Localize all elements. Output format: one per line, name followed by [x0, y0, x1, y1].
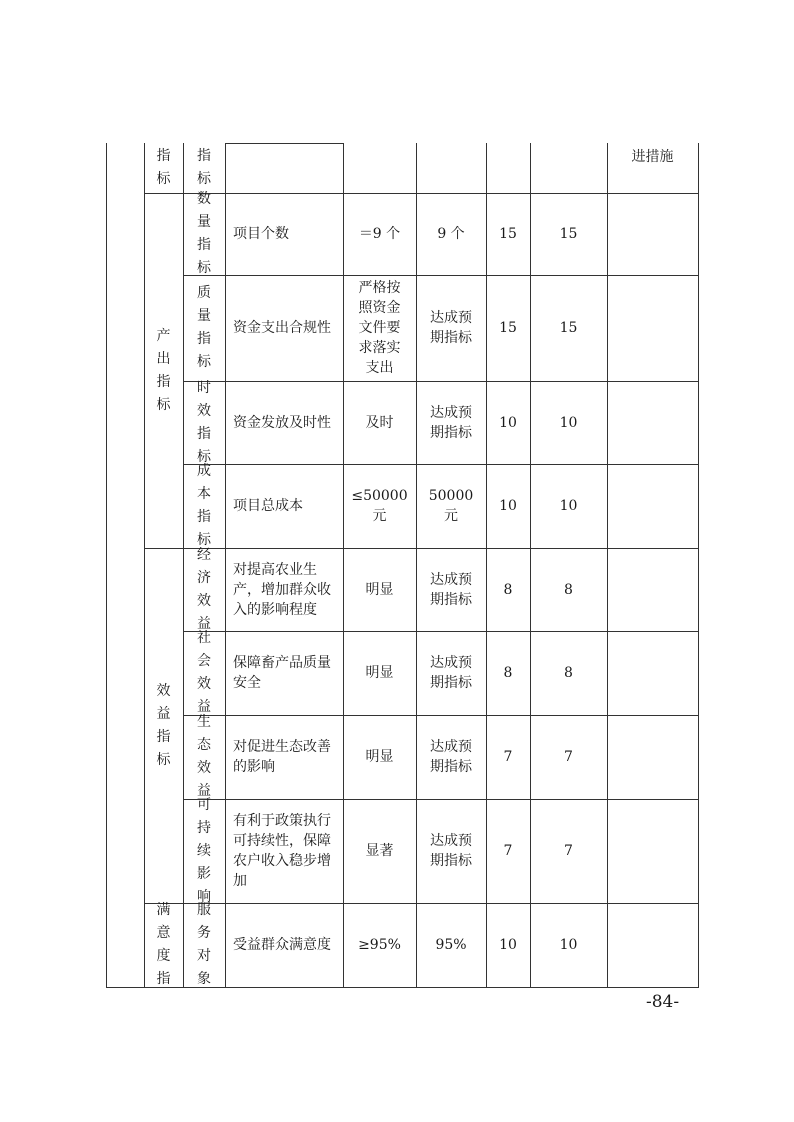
group-label-cell: 满意度指 — [144, 903, 183, 987]
weight-cell: 7 — [486, 799, 530, 903]
target-value-cell: ＝9 个 — [343, 193, 416, 275]
document-page: 指标指标进措施产出指标数量指标项目个数＝9 个9 个1515质量指标资金支出合规… — [0, 0, 794, 1122]
score-cell: 7 — [530, 715, 607, 799]
sub-category-cell: 成本指标 — [183, 464, 225, 548]
vertical-char: 标 — [157, 168, 171, 191]
vertical-char: 服 — [197, 899, 211, 922]
target-value-cell: 明显 — [343, 548, 416, 631]
score-cell: 10 — [530, 903, 607, 987]
vertical-char: 指 — [197, 506, 211, 529]
remark-cell — [607, 275, 698, 381]
table-row-rule — [106, 987, 699, 988]
vertical-char: 数 — [197, 188, 211, 211]
vertical-char: 益 — [157, 703, 171, 726]
score-cell: 15 — [530, 275, 607, 381]
table-row-rule — [225, 143, 343, 144]
actual-value-cell: 95% — [416, 903, 486, 987]
vertical-char: 务 — [197, 922, 211, 945]
vertical-char: 质 — [197, 282, 211, 305]
sub-category-cell: 生态效益 — [183, 715, 225, 799]
vertical-char: 指 — [197, 145, 211, 168]
target-value-cell: 及时 — [343, 381, 416, 464]
vertical-char: 指 — [197, 234, 211, 257]
vertical-char: 满 — [157, 899, 171, 922]
indicator-name-cell: 资金发放及时性 — [225, 381, 343, 464]
vertical-char: 效 — [157, 680, 171, 703]
weight-cell: 7 — [486, 715, 530, 799]
weight-cell: 10 — [486, 464, 530, 548]
indicator-name-cell: 项目个数 — [225, 193, 343, 275]
vertical-char: 效 — [197, 757, 211, 780]
actual-value-cell: 达成预 期指标 — [416, 275, 486, 381]
vertical-char: 续 — [197, 840, 211, 863]
vertical-char: 可 — [197, 794, 211, 817]
sub-category-cell: 社会效益 — [183, 631, 225, 715]
sub-category-cell: 时效指标 — [183, 381, 225, 464]
score-cell: 10 — [530, 464, 607, 548]
header-category-cell: 指标 — [144, 143, 183, 193]
remark-cell — [607, 193, 698, 275]
actual-value-cell: 达成预 期指标 — [416, 381, 486, 464]
weight-cell: 15 — [486, 275, 530, 381]
vertical-char: 标 — [157, 394, 171, 417]
group-label-cell: 产出指标 — [144, 193, 183, 548]
remark-cell — [607, 715, 698, 799]
remark-cell — [607, 548, 698, 631]
target-value-cell: 显著 — [343, 799, 416, 903]
actual-value-cell: 50000 元 — [416, 464, 486, 548]
vertical-char: 出 — [157, 348, 171, 371]
vertical-char: 指 — [157, 371, 171, 394]
remark-cell — [607, 464, 698, 548]
table-column-rule — [698, 143, 699, 988]
vertical-char: 指 — [197, 328, 211, 351]
sub-category-cell: 质量指标 — [183, 275, 225, 381]
target-value-cell: 明显 — [343, 631, 416, 715]
vertical-char: 象 — [197, 968, 211, 991]
vertical-char: 社 — [197, 627, 211, 650]
indicator-name-cell: 有利于政策执行 可持续性，保障 农户收入稳步增 加 — [225, 799, 343, 903]
vertical-char: 本 — [197, 483, 211, 506]
vertical-char: 标 — [197, 351, 211, 374]
actual-value-cell: 达成预 期指标 — [416, 715, 486, 799]
score-cell: 8 — [530, 548, 607, 631]
indicator-name-cell: 资金支出合规性 — [225, 275, 343, 381]
header-subcategory-cell: 指标 — [183, 143, 225, 193]
weight-cell: 10 — [486, 381, 530, 464]
vertical-char: 指 — [157, 726, 171, 749]
sub-category-cell: 数量指标 — [183, 193, 225, 275]
weight-cell: 15 — [486, 193, 530, 275]
indicator-name-cell: 对促进生态改善 的影响 — [225, 715, 343, 799]
vertical-char: 指 — [157, 145, 171, 168]
score-cell: 15 — [530, 193, 607, 275]
actual-value-cell: 达成预 期指标 — [416, 799, 486, 903]
vertical-char: 经 — [197, 544, 211, 567]
vertical-char: 对 — [197, 945, 211, 968]
target-value-cell: ≥95% — [343, 903, 416, 987]
actual-value-cell: 达成预 期指标 — [416, 631, 486, 715]
indicator-name-cell: 受益群众满意度 — [225, 903, 343, 987]
weight-cell: 10 — [486, 903, 530, 987]
remark-cell — [607, 631, 698, 715]
score-cell: 8 — [530, 631, 607, 715]
vertical-char: 济 — [197, 567, 211, 590]
target-value-cell: 明显 — [343, 715, 416, 799]
vertical-char: 效 — [197, 673, 211, 696]
actual-value-cell: 9 个 — [416, 193, 486, 275]
vertical-char: 量 — [197, 305, 211, 328]
weight-cell: 8 — [486, 631, 530, 715]
vertical-char: 持 — [197, 817, 211, 840]
page-number: -84- — [646, 992, 679, 1012]
indicator-name-cell: 保障畜产品质量 安全 — [225, 631, 343, 715]
actual-value-cell: 达成预 期指标 — [416, 548, 486, 631]
sub-category-cell: 经济效益 — [183, 548, 225, 631]
vertical-char: 时 — [197, 377, 211, 400]
target-value-cell: 严格按 照资金 文件要 求落实 支出 — [343, 275, 416, 381]
sub-category-cell: 服务对象 — [183, 903, 225, 987]
remark-cell — [607, 903, 698, 987]
remark-cell — [607, 381, 698, 464]
vertical-char: 量 — [197, 211, 211, 234]
vertical-char: 效 — [197, 400, 211, 423]
indicator-name-cell: 对提高农业生 产，增加群众收 入的影响程度 — [225, 548, 343, 631]
vertical-char: 指 — [157, 968, 171, 991]
score-cell: 10 — [530, 381, 607, 464]
score-cell: 7 — [530, 799, 607, 903]
vertical-char: 效 — [197, 590, 211, 613]
vertical-char: 会 — [197, 650, 211, 673]
remark-cell — [607, 799, 698, 903]
vertical-char: 态 — [197, 734, 211, 757]
vertical-char: 标 — [157, 749, 171, 772]
vertical-char: 产 — [157, 325, 171, 348]
target-value-cell: ≤50000 元 — [343, 464, 416, 548]
header-remark-cell: 进措施 — [607, 143, 698, 171]
table-column-rule — [106, 143, 107, 988]
indicator-name-cell: 项目总成本 — [225, 464, 343, 548]
vertical-char: 生 — [197, 711, 211, 734]
group-label-cell: 效益指标 — [144, 548, 183, 903]
weight-cell: 8 — [486, 548, 530, 631]
vertical-char: 成 — [197, 460, 211, 483]
vertical-char: 意 — [157, 922, 171, 945]
vertical-char: 影 — [197, 863, 211, 886]
vertical-char: 度 — [157, 945, 171, 968]
sub-category-cell: 可持续影响 — [183, 799, 225, 903]
vertical-char: 指 — [197, 423, 211, 446]
